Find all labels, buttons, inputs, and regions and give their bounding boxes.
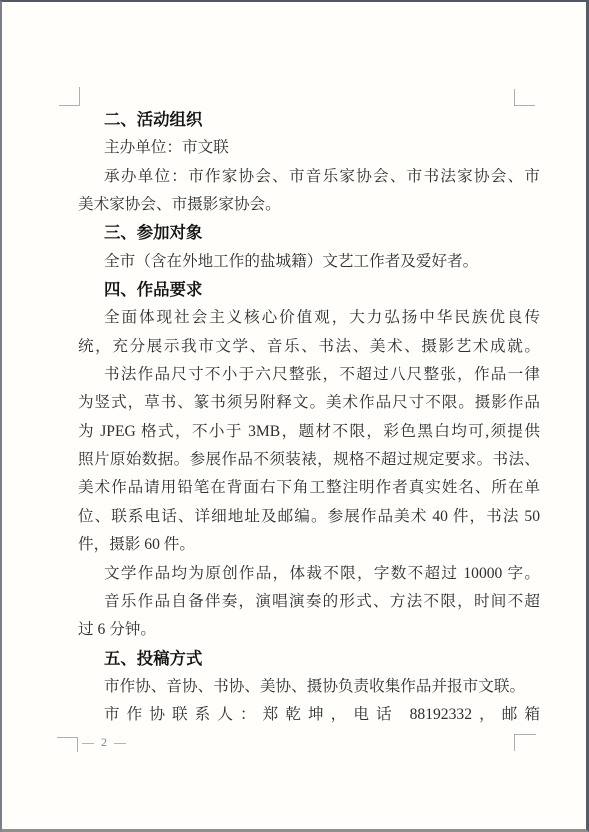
doc-line: 全面体现社会主义核心价值观，大力弘扬中华民族优良传 — [78, 304, 540, 332]
doc-line: 为 JPEG 格式，不小于 3MB，题材不限，彩色黑白均可,须提供 — [78, 418, 540, 446]
section-heading-work-requirements: 四、作品要求 — [78, 276, 540, 304]
doc-line: 件，摄影 60 件。 — [78, 531, 540, 559]
margin-crop-mark-bottom-right — [514, 734, 536, 751]
section-heading-activity-organization: 二、活动组织 — [78, 106, 540, 134]
section-heading-submission-method: 五、投稿方式 — [78, 645, 540, 673]
doc-line: 为竖式，草书、篆书须另附释文。美术作品尺寸不限。摄影作品 — [78, 389, 540, 417]
doc-line: 全市（含在外地工作的盐城籍）文艺工作者及爱好者。 — [78, 248, 540, 276]
doc-line: 美术作品请用铅笔在背面右下角工整注明作者真实姓名、所在单 — [78, 474, 540, 502]
margin-crop-mark-bottom-left — [57, 737, 78, 752]
page-number: — 2 — — [82, 735, 128, 750]
doc-line: 位、联系电话、详细地址及邮编。参展作品美术 40 件，书法 50 — [78, 503, 540, 531]
document-page: 二、活动组织 主办单位：市文联 承办单位：市作家协会、市音乐家协会、市书法家协会… — [0, 0, 589, 832]
doc-line: 承办单位：市作家协会、市音乐家协会、市书法家协会、市 — [78, 163, 540, 191]
doc-line: 市作协联系人：郑乾坤，电话 88192332，邮箱 — [78, 701, 540, 729]
margin-crop-mark-top-right — [514, 89, 535, 106]
margin-crop-mark-top-left — [59, 87, 80, 106]
doc-line: 美术家协会、市摄影家协会。 — [78, 191, 540, 219]
doc-line: 音乐作品自备伴奏，演唱演奏的形式、方法不限，时间不超 — [78, 588, 540, 616]
doc-line: 过 6 分钟。 — [78, 616, 540, 644]
section-heading-participants: 三、参加对象 — [78, 219, 540, 247]
doc-line: 统，充分展示我市文学、音乐、书法、美术、摄影艺术成就。 — [78, 333, 540, 361]
document-body: 二、活动组织 主办单位：市文联 承办单位：市作家协会、市音乐家协会、市书法家协会… — [78, 106, 540, 730]
doc-line: 书法作品尺寸不小于六尺整张，不超过八尺整张，作品一律 — [78, 361, 540, 389]
doc-line: 主办单位：市文联 — [78, 134, 540, 162]
doc-line: 文学作品均为原创作品，体裁不限，字数不超过 10000 字。 — [78, 560, 540, 588]
doc-line: 照片原始数据。参展作品不须装裱，规格不超过规定要求。书法、 — [78, 446, 540, 474]
doc-line: 市作协、音协、书协、美协、摄协负责收集作品并报市文联。 — [78, 673, 540, 701]
